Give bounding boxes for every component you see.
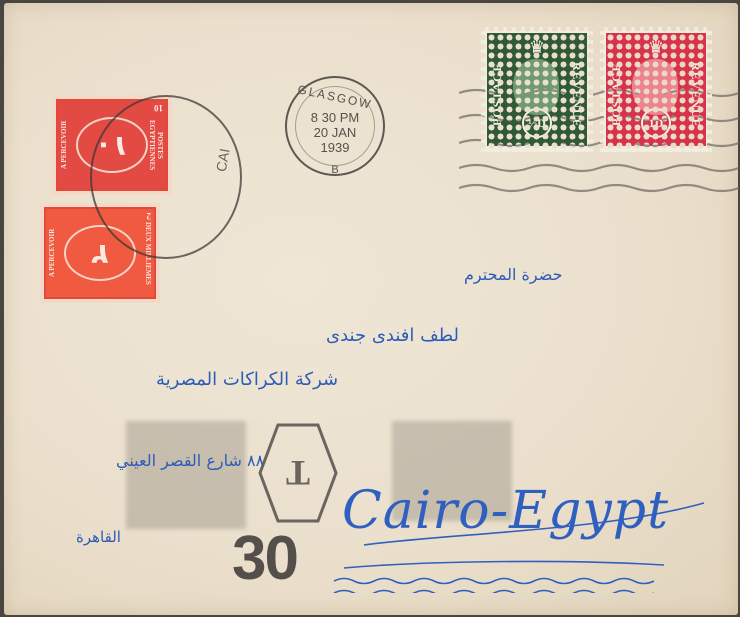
glasgow-postmark: GLASGOW 8 30 PM 20 JAN 1939 B	[285, 76, 385, 176]
postmark-code: B	[287, 164, 383, 176]
stamp-label-postage: POSTAGE	[490, 55, 505, 134]
crown-icon: ♛	[529, 37, 545, 58]
king-portrait	[632, 59, 678, 115]
king-portrait	[513, 59, 559, 115]
cairo-postmark-text: CAI	[212, 147, 232, 173]
stamp-value: ½D	[522, 108, 552, 138]
stamp-one-penny-red: ♛ POSTAGE REVENUE 1D	[600, 27, 712, 152]
cairo-postmark: CAI	[90, 95, 242, 259]
stamp-value: 1D	[641, 108, 671, 138]
tax-amount-stamp: 30	[232, 523, 297, 594]
address-city-arabic: القاهرة	[76, 528, 121, 546]
stamp-label-revenue: REVENUE	[688, 55, 703, 134]
smudged-handstamp-left	[126, 421, 246, 529]
due-label-text: A PERCEVOIR	[60, 111, 68, 179]
postmark-year: 1939	[287, 140, 383, 155]
stamp-label-revenue: REVENUE	[569, 55, 584, 134]
address-line-3: شركة الكراكات المصرية	[156, 369, 338, 390]
address-line-4: ٨٨ شارع القصر العيني	[116, 451, 264, 470]
address-city-english: Cairo-Egypt	[342, 481, 669, 541]
envelope: ♛ POSTAGE REVENUE ½D ♛ POSTAGE REVENUE 1…	[4, 3, 738, 615]
postmark-date: 20 JAN	[287, 125, 383, 140]
postmark-time: 8 30 PM	[287, 110, 383, 125]
due-label-text: A PERCEVOIR	[48, 219, 56, 287]
stamp-label-postage: POSTAGE	[609, 55, 624, 134]
stamp-half-penny-green: ♛ POSTAGE REVENUE ½D	[481, 27, 593, 152]
address-line-1: حضرة المحترم	[464, 265, 563, 284]
address-line-2: لطف افندى جندى	[326, 325, 459, 346]
crown-icon: ♛	[648, 37, 664, 58]
